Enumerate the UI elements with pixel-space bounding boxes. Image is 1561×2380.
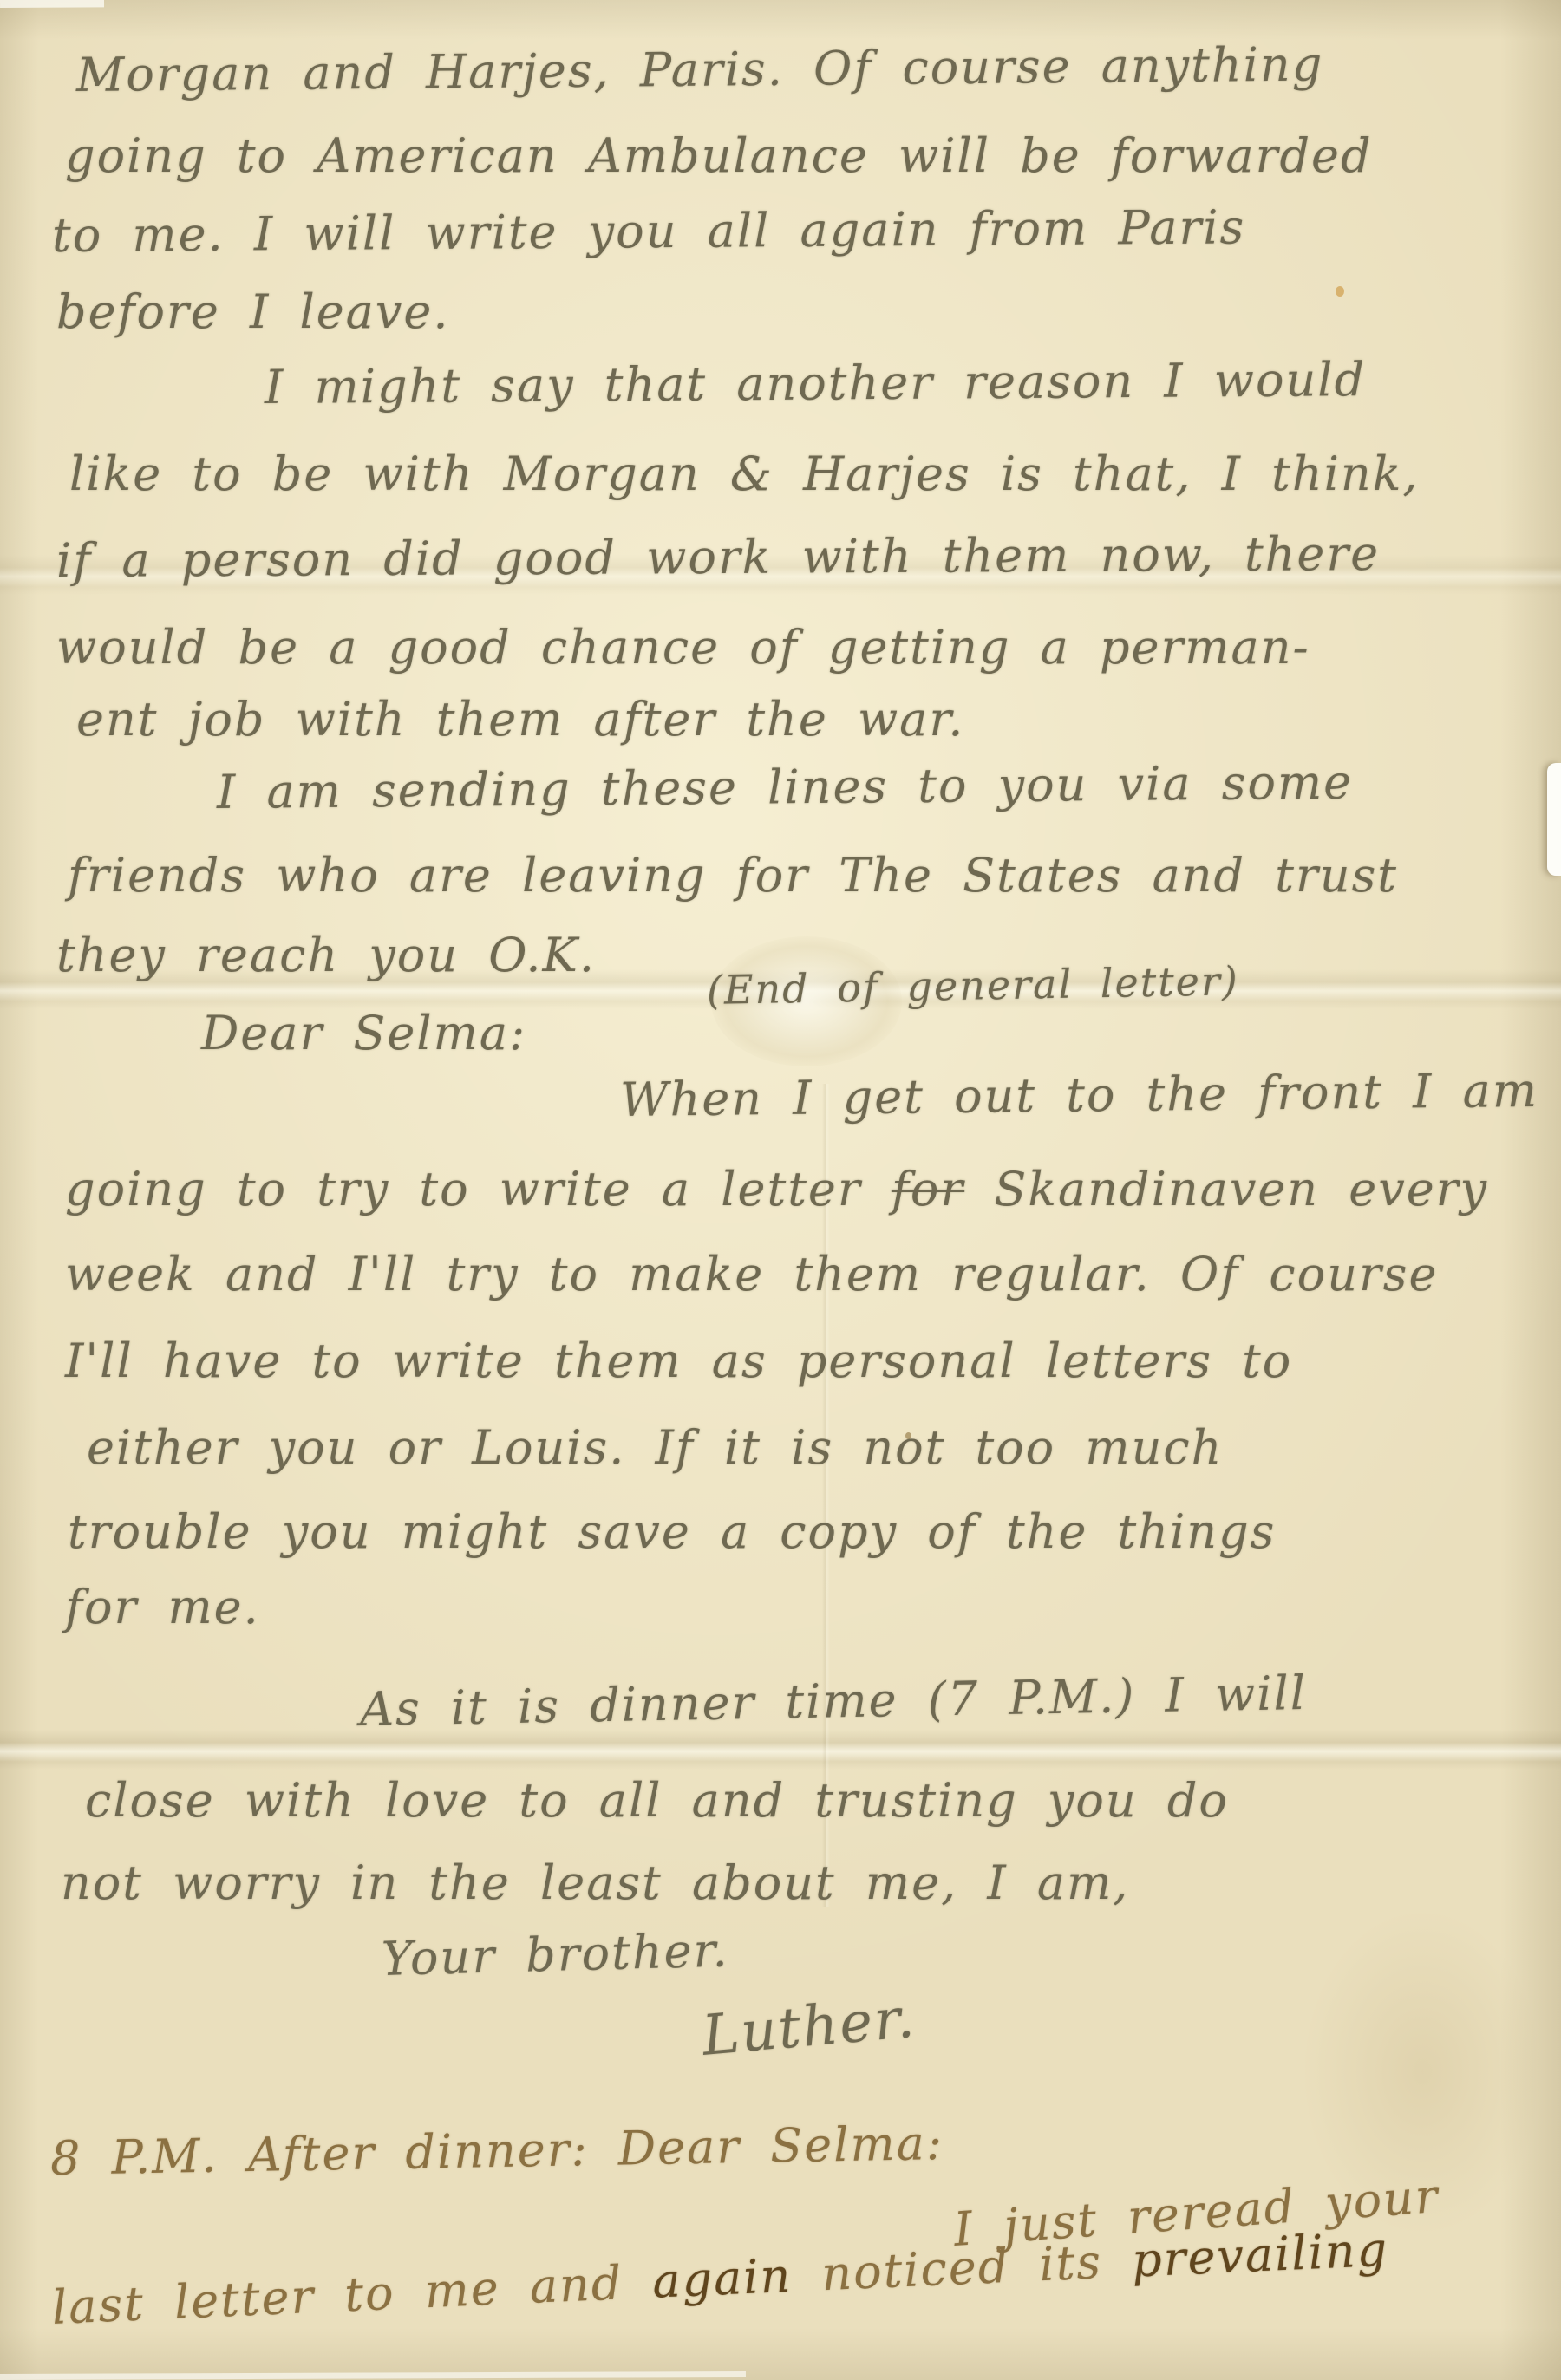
letter-line: to me. I will write you all again from P… bbox=[52, 199, 1246, 263]
letter-line-with-strikethrough: going to try to write a letter for Skand… bbox=[65, 1162, 1488, 1216]
signoff: Your brother. bbox=[381, 1923, 729, 1986]
letter-line: friends who are leaving for The States a… bbox=[68, 848, 1398, 903]
letter-line: I am sending these lines to you via some bbox=[217, 755, 1354, 819]
letter-line: they reach you O.K. bbox=[56, 928, 596, 982]
letter-line: As it is dinner time (7 P.M.) I will bbox=[359, 1666, 1307, 1737]
letter-line: for me. bbox=[65, 1580, 260, 1634]
overwritten-word: prevailing bbox=[1131, 2222, 1390, 2288]
letter-line: not worry in the least about me, I am, bbox=[61, 1855, 1129, 1910]
paper-stain bbox=[1336, 286, 1344, 297]
letter-line: I'll have to write them as personal lett… bbox=[65, 1333, 1292, 1388]
letter-line: When I get out to the front I am bbox=[620, 1063, 1539, 1127]
letter-line: Morgan and Harjes, Paris. Of course anyt… bbox=[76, 36, 1324, 102]
scan-edge-top bbox=[0, 0, 104, 8]
letter-line: either you or Louis. If it is not too mu… bbox=[87, 1420, 1223, 1475]
letter-line: going to American Ambulance will be forw… bbox=[65, 128, 1373, 183]
letter-line: week and I'll try to make them regular. … bbox=[65, 1247, 1438, 1301]
end-of-general-letter-note: (End of general letter) bbox=[707, 957, 1240, 1014]
paper-edge-tear bbox=[1547, 763, 1561, 876]
line-text: noticed its bbox=[791, 2233, 1133, 2303]
fold-crease-lower bbox=[0, 1730, 1561, 1770]
struck-word: for bbox=[892, 1162, 964, 1216]
overwritten-word: again bbox=[651, 2248, 794, 2309]
letter-line: like to be with Morgan & Harjes is that,… bbox=[69, 447, 1420, 501]
letter-page: Morgan and Harjes, Paris. Of course anyt… bbox=[0, 0, 1561, 2380]
postscript-header: 8 P.M. After dinner: Dear Selma: bbox=[49, 2116, 944, 2186]
letter-line: I might say that another reason I would bbox=[265, 352, 1367, 414]
letter-line: if a person did good work with them now,… bbox=[56, 526, 1381, 588]
letter-line: close with love to all and trusting you … bbox=[85, 1773, 1229, 1828]
letter-line: before I leave. bbox=[56, 284, 450, 339]
signature: Luther. bbox=[700, 1986, 918, 2069]
letter-line: trouble you might save a copy of the thi… bbox=[68, 1504, 1276, 1559]
scan-edge-bottom bbox=[0, 2371, 746, 2380]
line-text: Skandinaven every bbox=[964, 1162, 1488, 1216]
line-text: last letter to me and bbox=[51, 2254, 654, 2335]
letter-line: would be a good chance of getting a perm… bbox=[56, 620, 1310, 675]
line-text: going to try to write a letter bbox=[65, 1162, 892, 1216]
letter-line: ent job with them after the war. bbox=[76, 692, 964, 747]
salutation-dear-selma: Dear Selma: bbox=[201, 1006, 526, 1060]
postscript-line: last letter to me and again noticed its … bbox=[51, 2222, 1390, 2335]
